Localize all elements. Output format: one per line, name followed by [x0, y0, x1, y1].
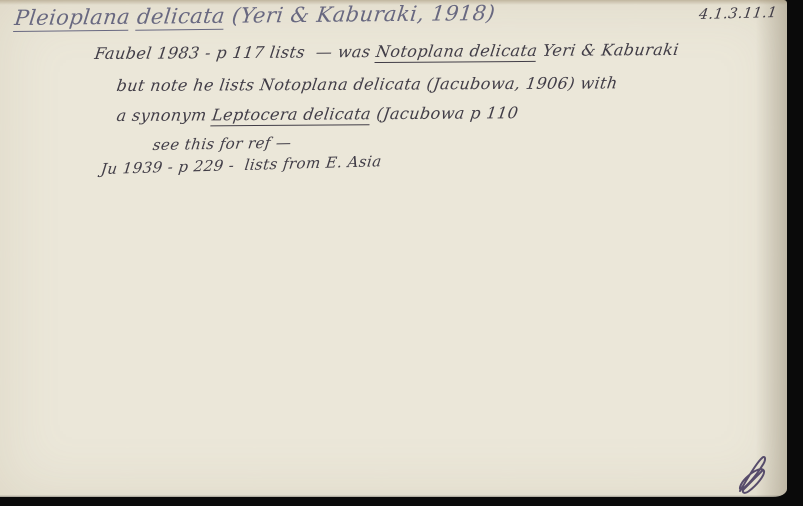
note-line-reference: see this for ref —	[152, 134, 293, 154]
title-genus: Pleioplana	[13, 5, 131, 32]
title-species: delicata	[136, 4, 227, 31]
scan-right-edge	[787, 0, 803, 506]
scan-bottom-edge	[0, 495, 803, 506]
catalog-number: 4.1.3.11.1	[698, 5, 778, 23]
faubel-taxon-name: Notoplana delicata	[375, 41, 539, 63]
faubel-pre-text: Faubel 1983 - p 117 lists — was	[93, 42, 377, 63]
note-line-faubel: Faubel 1983 - p 117 lists — was Notoplan…	[93, 40, 680, 63]
scanned-index-card: Pleioplanadelicata(Yeri & Kaburaki, 1918…	[0, 0, 803, 506]
synonym-taxon-name: Leptocera delicata	[211, 104, 373, 126]
note-line-jacubowa: but note he lists Notoplana delicata (Ja…	[115, 73, 619, 95]
faubel-post-text: Yeri & Kaburaki	[536, 40, 680, 60]
card-title: Pleioplanadelicata(Yeri & Kaburaki, 1918…	[13, 1, 496, 30]
synonym-post-text: (Jacubowa p 110	[370, 103, 520, 123]
title-authority: (Yeri & Kaburaki, 1918)	[231, 1, 497, 28]
corner-scribble-icon	[731, 450, 775, 498]
synonym-pre-text: a synonym	[115, 105, 213, 125]
note-line-synonym: a synonym Leptocera delicata (Jacubowa p…	[115, 103, 519, 125]
note-line-east-asia: Ju 1939 - p 229 - lists from E. Asia	[100, 152, 383, 178]
card-surface: Pleioplanadelicata(Yeri & Kaburaki, 1918…	[0, 0, 787, 497]
